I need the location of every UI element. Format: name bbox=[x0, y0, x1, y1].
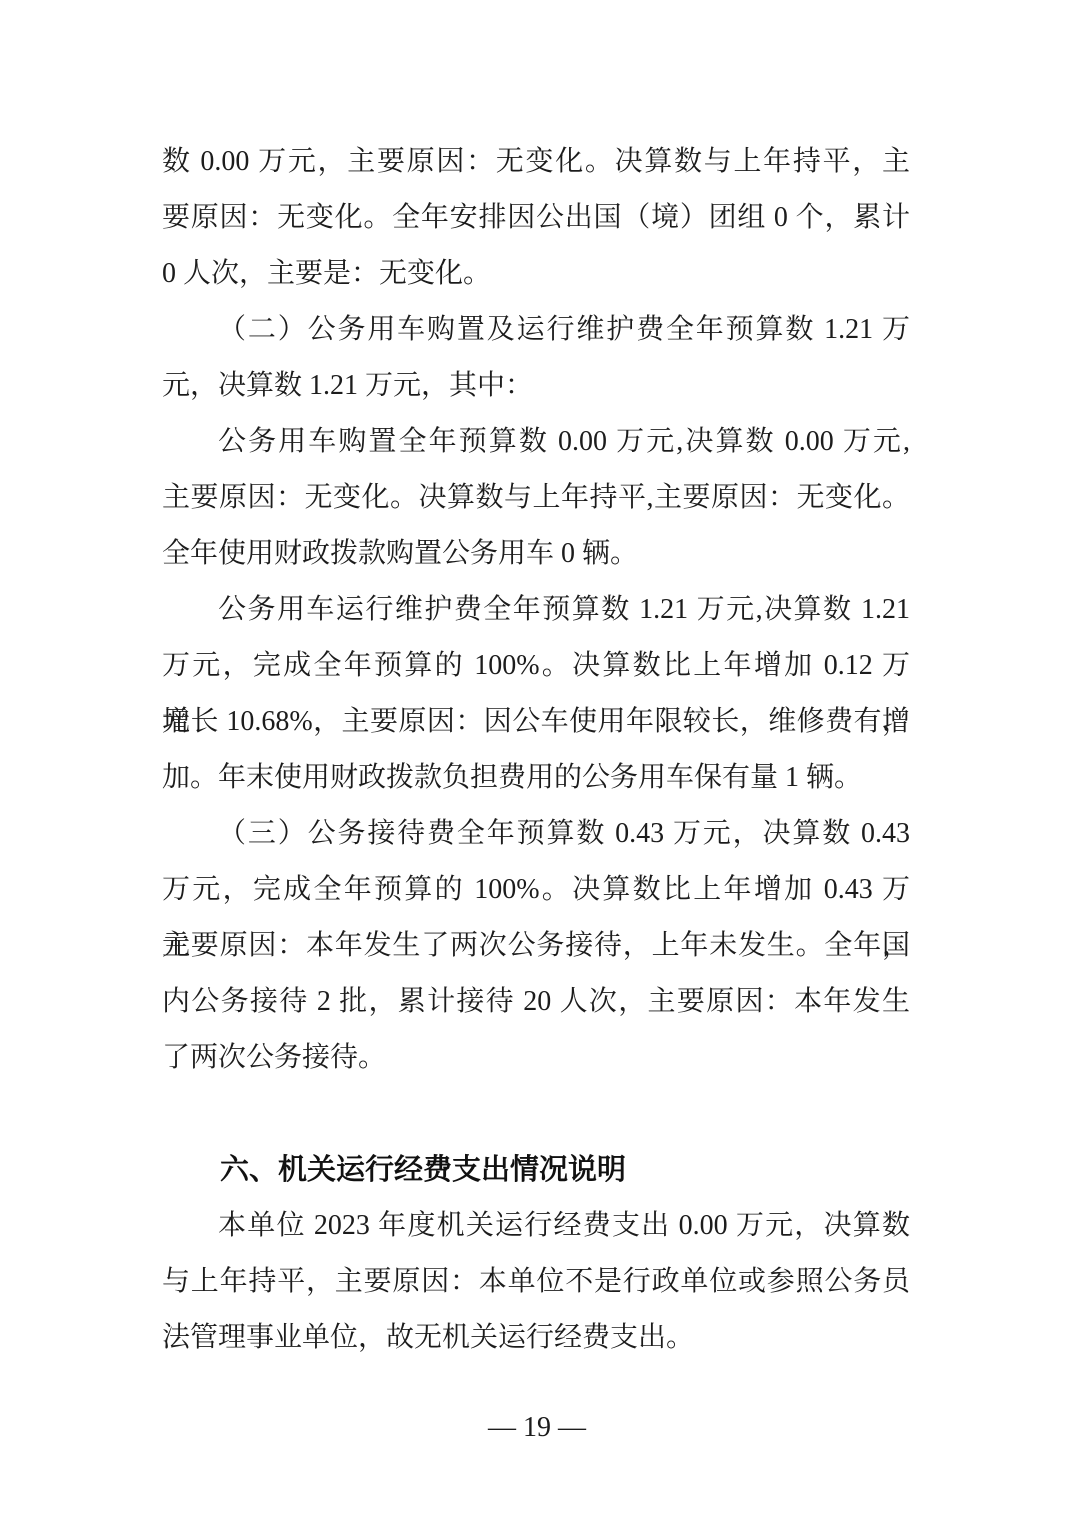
text-line: 公务用车运行维护费全年预算数 1.21 万元,决算数 1.21 bbox=[162, 582, 910, 638]
paragraph-spacer bbox=[162, 1086, 910, 1142]
text-line: 要原因：无变化。全年安排因公出国（境）团组 0 个，累计 bbox=[162, 190, 910, 246]
section-heading: 六、机关运行经费支出情况说明 bbox=[162, 1142, 910, 1198]
text-line: 了两次公务接待。 bbox=[162, 1030, 910, 1086]
paragraph: （三）公务接待费全年预算数 0.43 万元，决算数 0.43万元，完成全年预算的… bbox=[162, 806, 910, 1086]
blank-line bbox=[162, 1086, 910, 1142]
paragraph: 本单位 2023 年度机关运行经费支出 0.00 万元，决算数与上年持平，主要原… bbox=[162, 1198, 910, 1366]
text-line: （二）公务用车购置及运行维护费全年预算数 1.21 万 bbox=[162, 302, 910, 358]
section-heading-text: 六、机关运行经费支出情况说明 bbox=[162, 1142, 910, 1198]
text-line: 公务用车购置全年预算数 0.00 万元,决算数 0.00 万元, bbox=[162, 414, 910, 470]
paragraph: 数 0.00 万元，主要原因：无变化。决算数与上年持平，主要原因：无变化。全年安… bbox=[162, 134, 910, 302]
paragraph: （二）公务用车购置及运行维护费全年预算数 1.21 万元，决算数 1.21 万元… bbox=[162, 302, 910, 414]
text-line: 增长 10.68%，主要原因：因公车使用年限较长，维修费有增 bbox=[162, 694, 910, 750]
paragraph: 公务用车购置全年预算数 0.00 万元,决算数 0.00 万元,主要原因：无变化… bbox=[162, 414, 910, 582]
text-line: 万元，完成全年预算的 100%。决算数比上年增加 0.43 万元， bbox=[162, 862, 910, 918]
text-line: 数 0.00 万元，主要原因：无变化。决算数与上年持平，主 bbox=[162, 134, 910, 190]
document-page: 数 0.00 万元，主要原因：无变化。决算数与上年持平，主要原因：无变化。全年安… bbox=[0, 0, 1074, 1520]
text-line: 主要原因：本年发生了两次公务接待，上年未发生。全年国 bbox=[162, 918, 910, 974]
text-line: 全年使用财政拨款购置公务用车 0 辆。 bbox=[162, 526, 910, 582]
text-line: 元，决算数 1.21 万元，其中： bbox=[162, 358, 910, 414]
text-line: 法管理事业单位，故无机关运行经费支出。 bbox=[162, 1310, 910, 1366]
document-body: 数 0.00 万元，主要原因：无变化。决算数与上年持平，主要原因：无变化。全年安… bbox=[162, 134, 910, 1366]
text-line: 本单位 2023 年度机关运行经费支出 0.00 万元，决算数 bbox=[162, 1198, 910, 1254]
page-number: — 19 — bbox=[0, 1400, 1074, 1456]
text-line: 内公务接待 2 批，累计接待 20 人次，主要原因：本年发生 bbox=[162, 974, 910, 1030]
text-line: 主要原因：无变化。决算数与上年持平,主要原因：无变化。 bbox=[162, 470, 910, 526]
text-line: 与上年持平，主要原因：本单位不是行政单位或参照公务员 bbox=[162, 1254, 910, 1310]
text-line: （三）公务接待费全年预算数 0.43 万元，决算数 0.43 bbox=[162, 806, 910, 862]
text-line: 加。年末使用财政拨款负担费用的公务用车保有量 1 辆。 bbox=[162, 750, 910, 806]
text-line: 万元，完成全年预算的 100%。决算数比上年增加 0.12 万元， bbox=[162, 638, 910, 694]
text-line: 0 人次，主要是：无变化。 bbox=[162, 246, 910, 302]
paragraph: 公务用车运行维护费全年预算数 1.21 万元,决算数 1.21万元，完成全年预算… bbox=[162, 582, 910, 806]
